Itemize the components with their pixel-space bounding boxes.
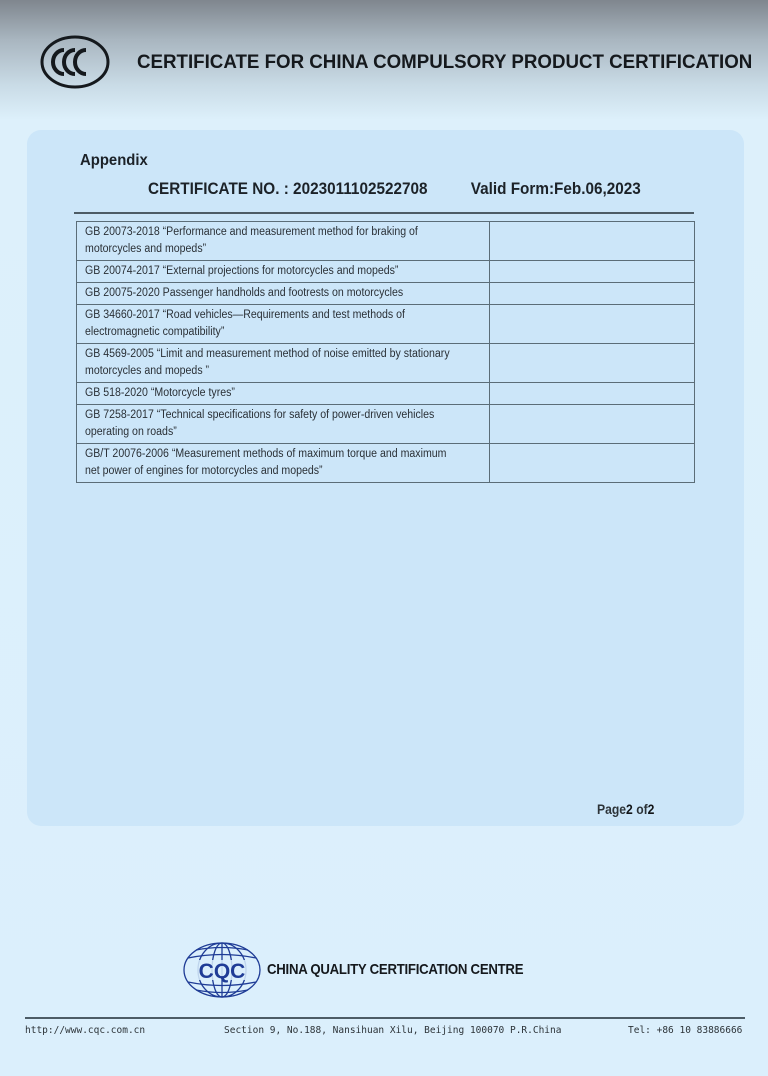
- table-row: GB 4569-2005 “Limit and measurement meth…: [77, 344, 695, 383]
- standard-text: GB 7258-2017 “Technical specifications f…: [85, 407, 434, 424]
- page-indicator: Page2 of2: [597, 802, 654, 817]
- certificate-info: CERTIFICATE NO. : 2023011102522708Valid …: [148, 179, 641, 199]
- standard-cell: GB 34660-2017 “Road vehicles—Requirement…: [77, 305, 490, 344]
- standard-cell: GB 7258-2017 “Technical specifications f…: [77, 405, 490, 444]
- table-row: GB 7258-2017 “Technical specifications f…: [77, 405, 695, 444]
- table-row: GB/T 20076-2006 “Measurement methods of …: [77, 444, 695, 483]
- standard-text: net power of engines for motorcycles and…: [85, 463, 323, 480]
- note-cell: [490, 222, 695, 261]
- standard-cell: GB 20075-2020 Passenger handholds and fo…: [77, 283, 490, 305]
- valid-from-date: Valid Form:Feb.06,2023: [471, 179, 641, 198]
- table-row: GB 20073-2018 “Performance and measureme…: [77, 222, 695, 261]
- table-row: GB 34660-2017 “Road vehicles—Requirement…: [77, 305, 695, 344]
- certificate-header: CERTIFICATE FOR CHINA COMPULSORY PRODUCT…: [0, 0, 768, 120]
- standard-text: motorcycles and mopeds ”: [85, 363, 209, 380]
- standard-text: GB 34660-2017 “Road vehicles—Requirement…: [85, 307, 405, 324]
- standards-table: GB 20073-2018 “Performance and measureme…: [76, 221, 695, 483]
- note-cell: [490, 444, 695, 483]
- standard-text: GB 20074-2017 “External projections for …: [85, 263, 398, 280]
- note-cell: [490, 283, 695, 305]
- page-prefix: Page: [597, 802, 626, 817]
- website-link[interactable]: http://www.cqc.com.cn: [25, 1025, 145, 1036]
- ccc-mark-icon: [40, 35, 110, 89]
- organization-name: CHINA QUALITY CERTIFICATION CENTRE: [267, 961, 523, 978]
- note-cell: [490, 305, 695, 344]
- cqc-globe-icon: CQC: [182, 941, 262, 999]
- table-row: GB 20075-2020 Passenger handholds and fo…: [77, 283, 695, 305]
- standard-text: GB/T 20076-2006 “Measurement methods of …: [85, 446, 446, 463]
- standard-text: GB 20075-2020 Passenger handholds and fo…: [85, 285, 403, 302]
- table-row: GB 518-2020 “Motorcycle tyres”: [77, 383, 695, 405]
- page-total: 2: [648, 802, 655, 817]
- note-cell: [490, 261, 695, 283]
- standard-cell: GB 518-2020 “Motorcycle tyres”: [77, 383, 490, 405]
- standard-text: GB 20073-2018 “Performance and measureme…: [85, 224, 418, 241]
- table-row: GB 20074-2017 “External projections for …: [77, 261, 695, 283]
- note-cell: [490, 344, 695, 383]
- note-cell: [490, 383, 695, 405]
- certificate-number: CERTIFICATE NO. : 2023011102522708: [148, 179, 428, 198]
- address-text: Section 9, No.188, Nansihuan Xilu, Beiji…: [224, 1025, 561, 1036]
- divider: [74, 212, 694, 214]
- standard-text: GB 518-2020 “Motorcycle tyres”: [85, 385, 235, 402]
- standard-cell: GB 20074-2017 “External projections for …: [77, 261, 490, 283]
- standard-text: motorcycles and mopeds”: [85, 241, 206, 258]
- standard-text: operating on roads”: [85, 424, 177, 441]
- cqc-logo-text: CQC: [199, 960, 246, 983]
- standard-text: electromagnetic compatibility”: [85, 324, 224, 341]
- standard-cell: GB/T 20076-2006 “Measurement methods of …: [77, 444, 490, 483]
- page-current: 2: [626, 802, 633, 817]
- footer-divider: [25, 1017, 745, 1019]
- standard-cell: GB 20073-2018 “Performance and measureme…: [77, 222, 490, 261]
- standard-cell: GB 4569-2005 “Limit and measurement meth…: [77, 344, 490, 383]
- page-separator: of: [633, 802, 648, 817]
- appendix-heading: Appendix: [80, 152, 148, 170]
- standard-text: GB 4569-2005 “Limit and measurement meth…: [85, 346, 450, 363]
- telephone-text: Tel: +86 10 83886666: [628, 1025, 742, 1036]
- note-cell: [490, 405, 695, 444]
- document-title: CERTIFICATE FOR CHINA COMPULSORY PRODUCT…: [137, 51, 752, 74]
